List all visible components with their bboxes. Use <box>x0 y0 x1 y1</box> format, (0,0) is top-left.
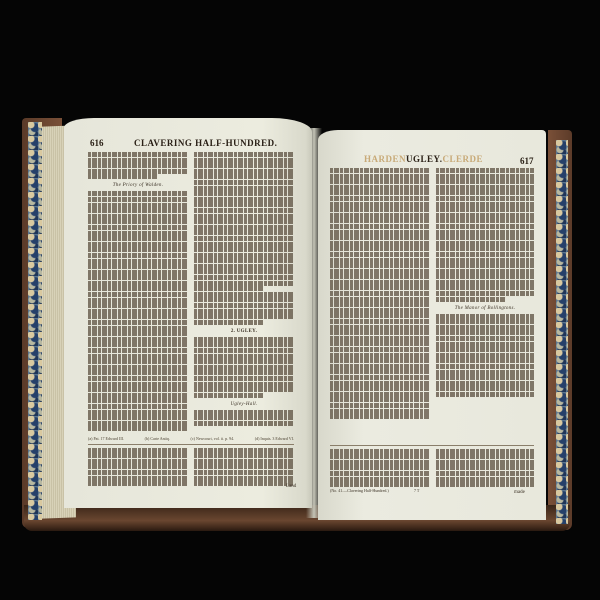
left-running-head: CLAVERING HALF-HUNDRED. <box>134 138 277 148</box>
signature-mark: 7 T <box>414 488 419 493</box>
right-footnotes <box>330 442 534 491</box>
right-running-head: HARDENUGLEY.CLERDE <box>364 154 483 164</box>
heading-ugley-hall: Ugley-Hall. <box>194 402 294 407</box>
book-photo: 616 CLAVERING HALF-HUNDRED. The Priory o… <box>0 0 600 600</box>
heading-bollingtons: The Manor of Bollingtons. <box>436 306 534 311</box>
right-column-1 <box>330 168 430 438</box>
left-column-2: 2. UGLEY. Ugley-Hall. <box>194 152 294 432</box>
right-page: HARDENUGLEY.CLERDE 617 The Manor of Boll… <box>318 130 546 520</box>
right-catchword: made <box>514 490 525 495</box>
left-page: 616 CLAVERING HALF-HUNDRED. The Priory o… <box>64 118 312 508</box>
heading-ugley: 2. UGLEY. <box>194 329 294 334</box>
left-page-number: 616 <box>90 138 104 148</box>
right-marbled-endpaper <box>556 140 568 524</box>
right-page-number: 617 <box>520 156 534 166</box>
heading-priory: The Priory of Walden. <box>88 183 188 188</box>
left-column-1: The Priory of Walden. <box>88 152 188 432</box>
footnote-refs: (a) Pat. 17 Edward III. (b) Carte Antiq.… <box>88 436 294 441</box>
left-footnotes: (a) Pat. 17 Edward III. (b) Carte Antiq.… <box>88 436 294 488</box>
signature-line: (No. 41.—Clavering Half-Hundred.) <box>330 488 389 493</box>
left-catchword: Land <box>286 484 296 489</box>
right-column-2: The Manor of Bollingtons. <box>436 168 534 438</box>
left-marbled-endpaper <box>28 122 42 520</box>
